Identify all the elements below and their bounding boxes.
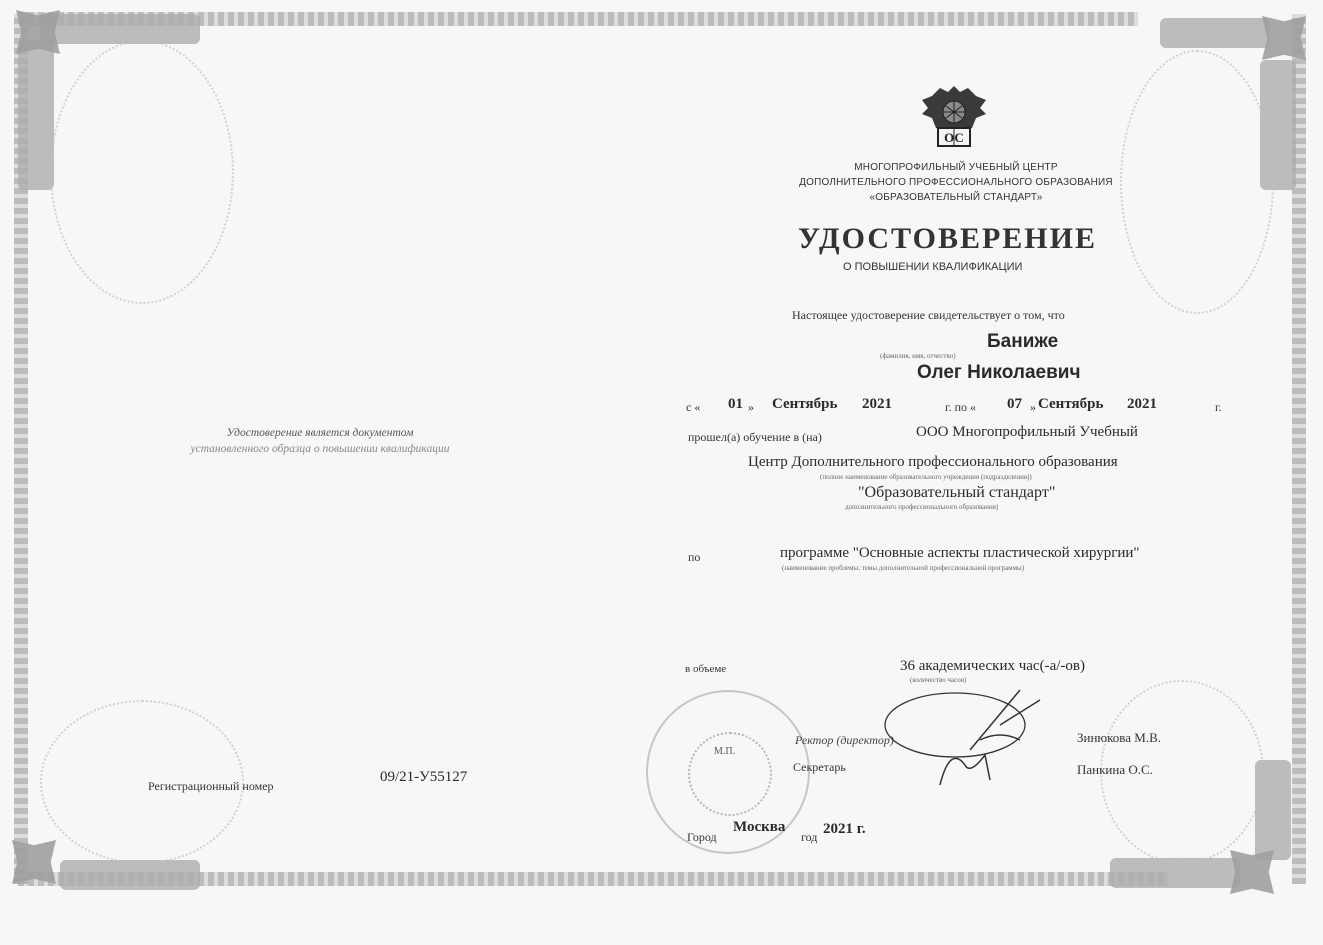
emblem-letters: ОС xyxy=(940,130,968,146)
ribbon-top-right xyxy=(1160,18,1270,48)
intro-text: Настоящее удостоверение свидетельствует … xyxy=(792,308,1065,323)
corner-ornament-top-left xyxy=(16,10,60,54)
period-to-year: 2021 xyxy=(1127,396,1157,413)
secretary-label: Секретарь xyxy=(793,760,846,775)
city-value: Москва xyxy=(733,819,785,836)
left-note-line-1: Удостоверение является документом xyxy=(150,427,490,439)
registration-number: 09/21-У55127 xyxy=(380,769,467,786)
ribbon-bottom-left xyxy=(60,860,200,890)
document-subtitle: О ПОВЫШЕНИИ КВАЛИФИКАЦИИ xyxy=(843,261,1022,273)
period-from-year: 2021 xyxy=(862,396,892,413)
secretary-name: Панкина О.С. xyxy=(1077,762,1153,778)
program-name: программе "Основные аспекты пластической… xyxy=(780,545,1140,562)
period-to-close: » xyxy=(1030,400,1036,415)
given-names: Олег Николаевич xyxy=(917,362,1081,384)
period-from-close: » xyxy=(748,400,754,415)
org-line-3: «ОБРАЗОВАТЕЛЬНЫЙ СТАНДАРТ» xyxy=(786,192,1126,203)
document-title: УДОСТОВЕРЕНИЕ xyxy=(798,222,1097,256)
program-caption: (наименование проблемы, темы дополнитель… xyxy=(782,564,1024,572)
city-label: Город xyxy=(687,830,717,845)
stamp-label: М.П. xyxy=(714,746,735,757)
org-line-2: ДОПОЛНИТЕЛЬНОГО ПРОФЕССИОНАЛЬНОГО ОБРАЗО… xyxy=(786,177,1126,188)
eagle-emblem-icon: ОС xyxy=(916,78,992,154)
period-from-day: 01 xyxy=(728,396,743,413)
period-suffix: г. xyxy=(1215,400,1222,415)
program-label: по xyxy=(688,550,700,565)
corner-ornament-top-right xyxy=(1262,16,1306,60)
guilloche-ornament xyxy=(50,40,234,304)
ribbon-top-left xyxy=(40,14,200,44)
period-to-prefix: г. по « xyxy=(945,400,976,415)
left-note-line-2: установленного образца о повышении квали… xyxy=(150,443,490,455)
corner-ornament-bottom-left xyxy=(12,840,56,884)
stamp-eagle-icon xyxy=(688,732,772,816)
org-line-1: МНОГОПРОФИЛЬНЫЙ УЧЕБНЫЙ ЦЕНТР xyxy=(786,162,1126,173)
rector-name: Зинюкова М.В. xyxy=(1077,730,1161,746)
certificate-sheet: ОС МНОГОПРОФИЛЬНЫЙ УЧЕБНЫЙ ЦЕНТР ДОПОЛНИ… xyxy=(0,0,1323,945)
institution-line-2: Центр Дополнительного профессионального … xyxy=(748,454,1118,471)
name-caption: (фамилия, имя, отчество) xyxy=(880,352,956,360)
registration-label: Регистрационный номер xyxy=(148,779,274,794)
volume-value: 36 академических час(-а/-ов) xyxy=(900,658,1085,675)
institution-caption-1: (полное наименование образовательного уч… xyxy=(820,473,1032,481)
institution-line-3: "Образовательный стандарт" xyxy=(858,484,1055,502)
period-from-prefix: с « xyxy=(686,400,700,415)
ribbon-left-top xyxy=(18,40,54,190)
trained-label: прошел(а) обучение в (на) xyxy=(688,430,822,445)
signature-icon xyxy=(880,680,1060,790)
period-to-month: Сентябрь xyxy=(1038,396,1103,413)
period-from-month: Сентябрь xyxy=(772,396,837,413)
institution-line-1: ООО Многопрофильный Учебный xyxy=(916,424,1138,441)
guilloche-ornament xyxy=(1120,50,1274,314)
year-value: 2021 г. xyxy=(823,821,866,838)
corner-ornament-bottom-right xyxy=(1230,850,1274,894)
official-stamp: М.П. xyxy=(646,690,810,854)
volume-label: в объеме xyxy=(685,663,726,675)
year-label: год xyxy=(801,830,817,845)
period-to-day: 07 xyxy=(1007,396,1022,413)
institution-caption-2: дополнительного профессионального образо… xyxy=(845,503,998,511)
surname: Баниже xyxy=(987,331,1058,353)
